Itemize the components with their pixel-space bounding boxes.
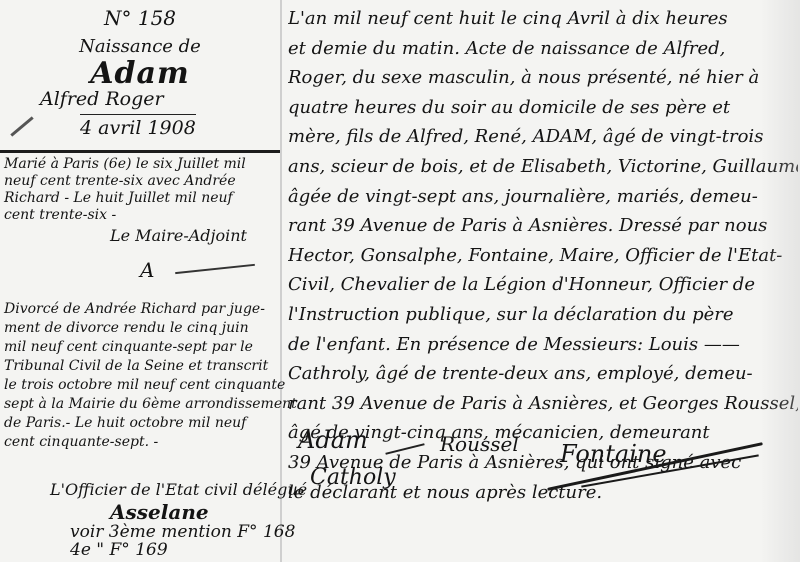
mention-line: le trois octobre mil neuf cent cinquante xyxy=(4,376,284,395)
margin-header: N° 158 Naissance de Adam Alfred Roger 4 … xyxy=(0,0,280,150)
act-line: Civil, Chevalier de la Légion d'Honneur,… xyxy=(288,270,798,300)
act-line: Cathroly, âgé de trente-deux ans, employ… xyxy=(288,359,798,389)
mention-line: de Paris.- Le huit octobre mil neuf xyxy=(4,414,284,433)
mention-line: Marié à Paris (6e) le six Juillet mil xyxy=(4,156,278,173)
act-line: L'an mil neuf cent huit le cinq Avril à … xyxy=(288,4,798,34)
margin-divider xyxy=(280,0,282,562)
margin-header-rule xyxy=(0,150,280,153)
surname: Adam xyxy=(0,56,280,91)
birth-date: 4 avril 1908 xyxy=(80,114,196,139)
mention-line: ment de divorce rendu le cinq juin xyxy=(4,319,284,338)
signature-witness-1: Catholy xyxy=(310,465,396,490)
given-names: Alfred Roger xyxy=(40,88,164,110)
mention-line: sept à la Mairie du 6ème arrondissement xyxy=(4,395,284,414)
mention-line: Divorcé de Andrée Richard par juge- xyxy=(4,300,284,319)
act-line: et demie du matin. Acte de naissance de … xyxy=(288,34,798,64)
act-line: ans, scieur de bois, et de Elisabeth, Vi… xyxy=(288,152,798,182)
act-line: Hector, Gonsalphe, Fontaine, Maire, Offi… xyxy=(288,241,798,271)
signature-mayor: Fontaine xyxy=(560,440,667,468)
mention-line: cent trente-six - xyxy=(4,207,278,224)
act-line: rant 39 Avenue de Paris à Asnières, et G… xyxy=(288,389,798,419)
mention-line: Tribunal Civil de la Seine et transcrit xyxy=(4,357,284,376)
mention-line: mil neuf cent cinquante-sept par le xyxy=(4,338,284,357)
signature-witness-2: Roussel xyxy=(440,432,519,456)
mention-line: Richard - Le huit Juillet mil neuf xyxy=(4,190,278,207)
mention-line: neuf cent trente-six avec Andrée xyxy=(4,173,278,190)
register-page: N° 158 Naissance de Adam Alfred Roger 4 … xyxy=(0,0,800,562)
act-line: Roger, du sexe masculin, à nous présenté… xyxy=(288,63,798,93)
divorce-mention: Divorcé de Andrée Richard par juge- ment… xyxy=(4,300,284,452)
act-number: N° 158 xyxy=(0,6,280,30)
signature-declarant: Adam xyxy=(298,426,368,454)
act-line: l'Instruction publique, sur la déclarati… xyxy=(288,300,798,330)
act-line: rant 39 Avenue de Paris à Asnières. Dres… xyxy=(288,211,798,241)
marriage-signatory: Le Maire-Adjoint xyxy=(110,226,247,245)
act-line: de l'enfant. En présence de Messieurs: L… xyxy=(288,330,798,360)
act-line: quatre heures du soir au domicile de ses… xyxy=(288,93,798,123)
reference-note-2: 4e " F° 169 xyxy=(70,540,168,560)
act-line: mère, fils de Alfred, René, ADAM, âgé de… xyxy=(288,122,798,152)
marriage-initials: A xyxy=(140,258,154,282)
divorce-signature: Asselane xyxy=(110,500,209,524)
divorce-signatory: L'Officier de l'Etat civil délégué xyxy=(50,480,307,499)
act-line: âgée de vingt-sept ans, journalière, mar… xyxy=(288,182,798,212)
reference-note-1: voir 3ème mention F° 168 xyxy=(70,522,295,542)
act-type: Naissance de xyxy=(0,36,280,57)
marriage-mention: Marié à Paris (6e) le six Juillet mil ne… xyxy=(4,156,278,224)
mention-line: cent cinquante-sept. - xyxy=(4,433,284,452)
